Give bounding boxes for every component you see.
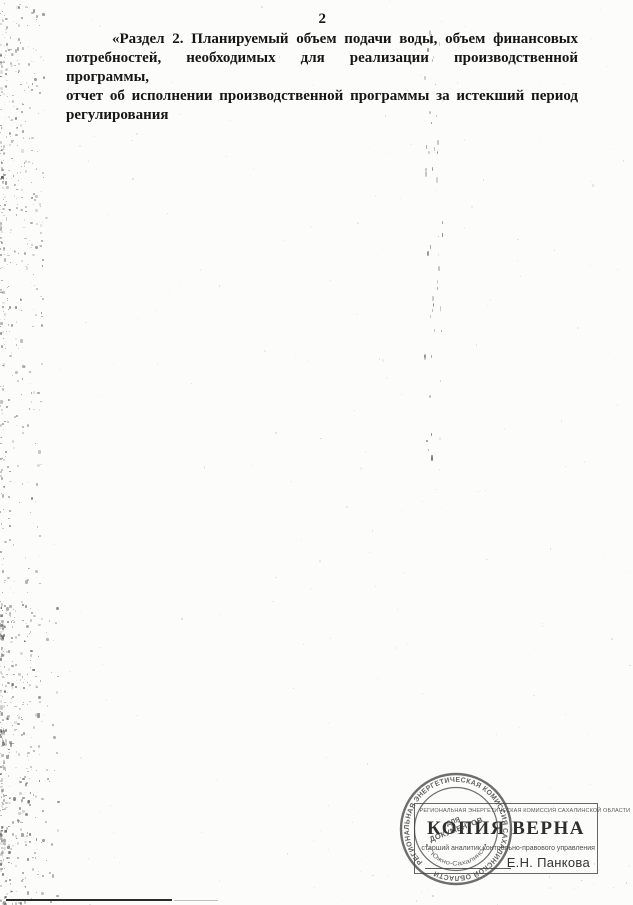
paragraph-line: регулирования	[66, 106, 578, 125]
section-paragraph: «Раздел 2. Планируемый объем подачи воды…	[66, 30, 578, 125]
paragraph-line: «Раздел 2. Планируемый объем подачи воды…	[66, 30, 578, 49]
signature-line	[425, 868, 511, 869]
paragraph-line: отчет об исполнении производственной про…	[66, 87, 578, 106]
scan-edge-line	[6, 899, 172, 901]
stamp-organization-line: РЕГИОНАЛЬНАЯ ЭНЕРГЕТИЧЕСКАЯ КОМИССИЯ САХ…	[420, 808, 593, 814]
stamp-signer-name: Е.Н. Панкова	[507, 855, 590, 870]
copy-certification-stamp: РЕГИОНАЛЬНАЯ ЭНЕРГЕТИЧЕСКАЯ КОМИССИЯ САХ…	[414, 803, 598, 874]
scanned-document-page: 2 «Раздел 2. Планируемый объем подачи во…	[0, 0, 633, 905]
scan-edge-line-fade	[174, 900, 218, 901]
stamp-copy-verna-label: КОПИЯ ВЕРНА	[415, 818, 597, 840]
scan-noise-layer	[0, 0, 633, 905]
paragraph-line: потребностей, необходимых для реализации…	[66, 49, 578, 87]
page-number: 2	[0, 11, 633, 28]
stamp-signer-title: старший аналитик контрольно-правового уп…	[421, 843, 590, 852]
